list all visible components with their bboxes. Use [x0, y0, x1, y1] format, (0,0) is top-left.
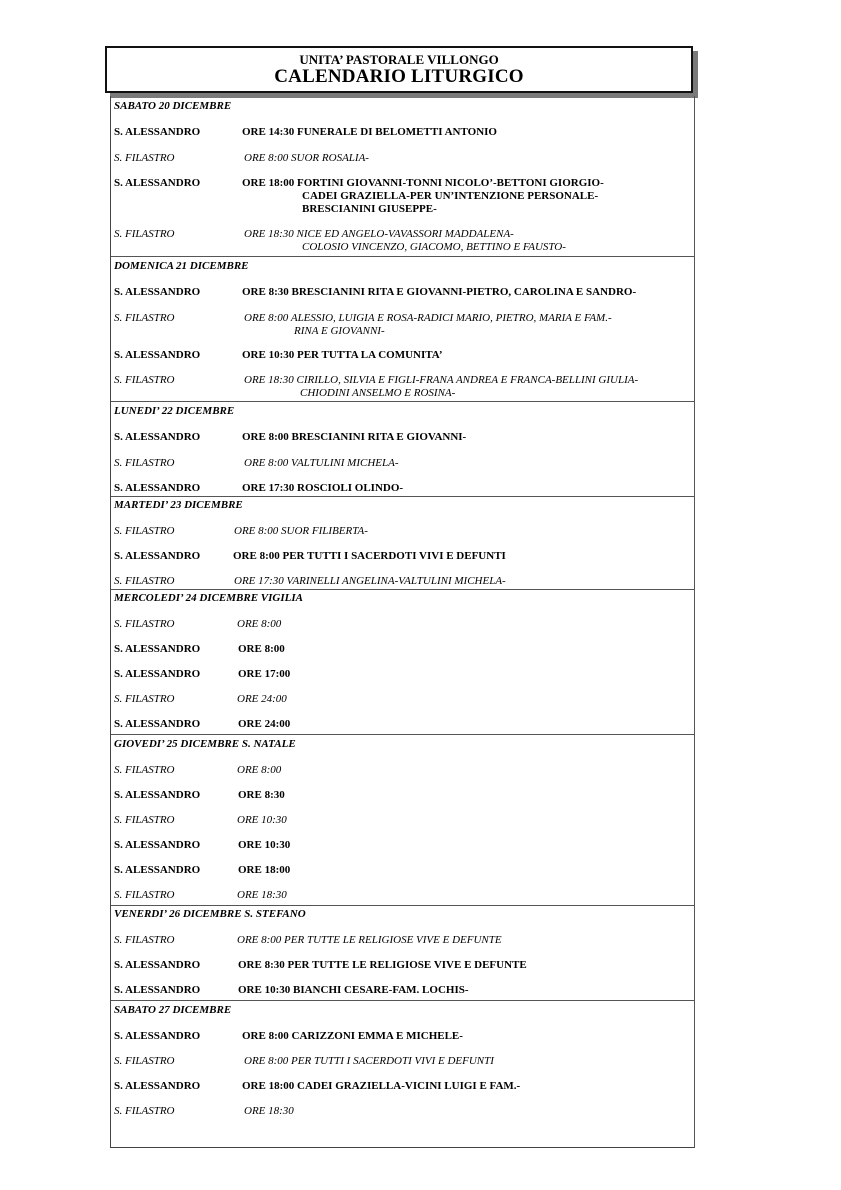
church-name: S. ALESSANDRO	[114, 482, 200, 495]
church-name: S. ALESSANDRO	[114, 550, 200, 563]
church-name: S. ALESSANDRO	[114, 286, 200, 299]
church-name: S. ALESSANDRO	[114, 1080, 200, 1093]
church-name: S. ALESSANDRO	[114, 643, 200, 656]
mass-time-line: ORE 8:30 BRESCIANINI RITA E GIOVANNI-PIE…	[242, 286, 636, 299]
mass-intention: ORE 8:30 BRESCIANINI RITA E GIOVANNI-PIE…	[242, 286, 636, 299]
mass-time-line: ORE 8:00	[238, 643, 285, 656]
mass-intention: ORE 18:00 CADEI GRAZIELLA-VICINI LUIGI E…	[242, 1080, 520, 1093]
mass-time-line: ORE 10:30	[238, 839, 290, 852]
day-heading: SABATO 20 DICEMBRE	[114, 100, 231, 112]
mass-intention: ORE 24:00	[238, 718, 290, 731]
mass-time-line: ORE 14:30 FUNERALE DI BELOMETTI ANTONIO	[242, 126, 497, 139]
church-name: S. FILASTRO	[114, 457, 175, 470]
calendar-frame: SABATO 20 DICEMBRES. ALESSANDROORE 14:30…	[110, 96, 695, 1148]
day-heading: MERCOLEDI’ 24 DICEMBRE VIGILIA	[114, 592, 303, 604]
day-heading: DOMENICA 21 DICEMBRE	[114, 260, 249, 272]
mass-intention: ORE 10:30	[238, 839, 290, 852]
mass-intention: ORE 17:00	[238, 668, 290, 681]
mass-time-line: ORE 8:00 SUOR FILIBERTA-	[234, 525, 368, 538]
mass-time-line: ORE 8:00 CARIZZONI EMMA E MICHELE-	[242, 1030, 463, 1043]
church-name: S. ALESSANDRO	[114, 959, 200, 972]
mass-time-line: ORE 8:00 VALTULINI MICHELA-	[244, 457, 398, 470]
church-name: S. ALESSANDRO	[114, 126, 200, 139]
mass-intention: ORE 8:30 PER TUTTE LE RELIGIOSE VIVE E D…	[238, 959, 527, 972]
mass-intention: ORE 8:00 PER TUTTI I SACERDOTI VIVI E DE…	[233, 550, 506, 563]
mass-time-line: ORE 8:00 SUOR ROSALIA-	[244, 152, 369, 165]
day-section: SABATO 20 DICEMBRES. ALESSANDROORE 14:30…	[111, 96, 694, 257]
mass-intention: ORE 18:30	[244, 1105, 294, 1118]
mass-intention: ORE 18:00 FORTINI GIOVANNI-TONNI NICOLO’…	[242, 177, 604, 216]
mass-intention: ORE 8:00 CARIZZONI EMMA E MICHELE-	[242, 1030, 463, 1043]
page-title: CALENDARIO LITURGICO	[107, 67, 691, 87]
parish-unit-name: UNITA’ PASTORALE VILLONGO	[107, 52, 691, 67]
church-name: S. FILASTRO	[114, 814, 175, 827]
church-name: S. FILASTRO	[114, 312, 175, 325]
mass-time-line: ORE 18:00 FORTINI GIOVANNI-TONNI NICOLO’…	[242, 177, 604, 190]
intention-continuation: RINA E GIOVANNI-	[244, 325, 612, 338]
day-section: SABATO 27 DICEMBRES. ALESSANDROORE 8:00 …	[111, 1000, 694, 1147]
mass-intention: ORE 18:00	[238, 864, 290, 877]
church-name: S. ALESSANDRO	[114, 177, 200, 190]
church-name: S. FILASTRO	[114, 889, 175, 902]
mass-time-line: ORE 10:30 BIANCHI CESARE-FAM. LOCHIS-	[238, 984, 469, 997]
church-name: S. FILASTRO	[114, 693, 175, 706]
church-name: S. FILASTRO	[114, 618, 175, 631]
mass-intention: ORE 8:00	[238, 643, 285, 656]
mass-time-line: ORE 18:30 CIRILLO, SILVIA E FIGLI-FRANA …	[244, 374, 638, 387]
intention-continuation: CHIODINI ANSELMO E ROSINA-	[244, 387, 638, 400]
mass-time-line: ORE 17:00	[238, 668, 290, 681]
day-section: MARTEDI’ 23 DICEMBRES. FILASTROORE 8:00 …	[111, 496, 694, 590]
day-heading: LUNEDI’ 22 DICEMBRE	[114, 405, 234, 417]
intention-continuation: CADEI GRAZIELLA-PER UN’INTENZIONE PERSON…	[242, 190, 604, 203]
mass-time-line: ORE 17:30 ROSCIOLI OLINDO-	[242, 482, 403, 495]
day-heading: MARTEDI’ 23 DICEMBRE	[114, 499, 243, 511]
mass-time-line: ORE 8:00 PER TUTTI I SACERDOTI VIVI E DE…	[233, 550, 506, 563]
church-name: S. FILASTRO	[114, 152, 175, 165]
mass-intention: ORE 8:00 PER TUTTI I SACERDOTI VIVI E DE…	[244, 1055, 494, 1068]
church-name: S. ALESSANDRO	[114, 984, 200, 997]
church-name: S. ALESSANDRO	[114, 864, 200, 877]
day-section: MERCOLEDI’ 24 DICEMBRE VIGILIAS. FILASTR…	[111, 589, 694, 735]
mass-intention: ORE 8:30	[238, 789, 285, 802]
mass-intention: ORE 8:00	[237, 618, 281, 631]
church-name: S. FILASTRO	[114, 374, 175, 387]
day-section: GIOVEDI’ 25 DICEMBRE S. NATALES. FILASTR…	[111, 734, 694, 906]
day-heading: VENERDI’ 26 DICEMBRE S. STEFANO	[114, 908, 306, 920]
mass-intention: ORE 24:00	[237, 693, 287, 706]
mass-intention: ORE 18:30	[237, 889, 287, 902]
church-name: S. FILASTRO	[114, 228, 175, 241]
page-header: UNITA’ PASTORALE VILLONGO CALENDARIO LIT…	[105, 46, 693, 93]
mass-time-line: ORE 18:30	[237, 889, 287, 902]
mass-intention: ORE 18:30 NICE ED ANGELO-VAVASSORI MADDA…	[244, 228, 566, 254]
mass-time-line: ORE 24:00	[238, 718, 290, 731]
church-name: S. ALESSANDRO	[114, 718, 200, 731]
day-heading: GIOVEDI’ 25 DICEMBRE S. NATALE	[114, 738, 296, 750]
mass-time-line: ORE 18:00	[238, 864, 290, 877]
mass-time-line: ORE 17:30 VARINELLI ANGELINA-VALTULINI M…	[234, 575, 506, 588]
church-name: S. FILASTRO	[114, 1105, 175, 1118]
intention-continuation: COLOSIO VINCENZO, GIACOMO, BETTINO E FAU…	[244, 241, 566, 254]
mass-intention: ORE 10:30	[237, 814, 287, 827]
church-name: S. FILASTRO	[114, 934, 175, 947]
mass-time-line: ORE 8:00 PER TUTTI I SACERDOTI VIVI E DE…	[244, 1055, 494, 1068]
mass-intention: ORE 10:30 BIANCHI CESARE-FAM. LOCHIS-	[238, 984, 469, 997]
church-name: S. FILASTRO	[114, 764, 175, 777]
mass-intention: ORE 17:30 ROSCIOLI OLINDO-	[242, 482, 403, 495]
church-name: S. FILASTRO	[114, 525, 175, 538]
mass-intention: ORE 8:00 PER TUTTE LE RELIGIOSE VIVE E D…	[237, 934, 502, 947]
mass-time-line: ORE 18:30	[244, 1105, 294, 1118]
mass-time-line: ORE 8:00 PER TUTTE LE RELIGIOSE VIVE E D…	[237, 934, 502, 947]
mass-time-line: ORE 18:00 CADEI GRAZIELLA-VICINI LUIGI E…	[242, 1080, 520, 1093]
church-name: S. ALESSANDRO	[114, 839, 200, 852]
church-name: S. ALESSANDRO	[114, 1030, 200, 1043]
day-section: DOMENICA 21 DICEMBRES. ALESSANDROORE 8:3…	[111, 256, 694, 402]
mass-time-line: ORE 10:30	[237, 814, 287, 827]
intention-continuation: BRESCIANINI GIUSEPPE-	[242, 203, 604, 216]
church-name: S. FILASTRO	[114, 1055, 175, 1068]
mass-intention: ORE 8:00 VALTULINI MICHELA-	[244, 457, 398, 470]
mass-time-line: ORE 10:30 PER TUTTA LA COMUNITA’	[242, 349, 443, 362]
church-name: S. FILASTRO	[114, 575, 175, 588]
mass-intention: ORE 8:00 SUOR ROSALIA-	[244, 152, 369, 165]
day-section: VENERDI’ 26 DICEMBRE S. STEFANOS. FILAST…	[111, 905, 694, 1001]
mass-intention: ORE 17:30 VARINELLI ANGELINA-VALTULINI M…	[234, 575, 506, 588]
mass-intention: ORE 18:30 CIRILLO, SILVIA E FIGLI-FRANA …	[244, 374, 638, 400]
mass-time-line: ORE 8:00 BRESCIANINI RITA E GIOVANNI-	[242, 431, 466, 444]
mass-intention: ORE 14:30 FUNERALE DI BELOMETTI ANTONIO	[242, 126, 497, 139]
mass-time-line: ORE 8:30 PER TUTTE LE RELIGIOSE VIVE E D…	[238, 959, 527, 972]
mass-time-line: ORE 18:30 NICE ED ANGELO-VAVASSORI MADDA…	[244, 228, 566, 241]
mass-intention: ORE 8:00	[237, 764, 281, 777]
mass-time-line: ORE 8:00	[237, 764, 281, 777]
day-section: LUNEDI’ 22 DICEMBRES. ALESSANDROORE 8:00…	[111, 401, 694, 497]
mass-time-line: ORE 24:00	[237, 693, 287, 706]
mass-time-line: ORE 8:30	[238, 789, 285, 802]
mass-time-line: ORE 8:00 ALESSIO, LUIGIA E ROSA-RADICI M…	[244, 312, 612, 325]
church-name: S. ALESSANDRO	[114, 431, 200, 444]
church-name: S. ALESSANDRO	[114, 668, 200, 681]
church-name: S. ALESSANDRO	[114, 349, 200, 362]
day-heading: SABATO 27 DICEMBRE	[114, 1004, 231, 1016]
mass-intention: ORE 8:00 BRESCIANINI RITA E GIOVANNI-	[242, 431, 466, 444]
mass-time-line: ORE 8:00	[237, 618, 281, 631]
church-name: S. ALESSANDRO	[114, 789, 200, 802]
mass-intention: ORE 8:00 SUOR FILIBERTA-	[234, 525, 368, 538]
mass-intention: ORE 8:00 ALESSIO, LUIGIA E ROSA-RADICI M…	[244, 312, 612, 338]
mass-intention: ORE 10:30 PER TUTTA LA COMUNITA’	[242, 349, 443, 362]
